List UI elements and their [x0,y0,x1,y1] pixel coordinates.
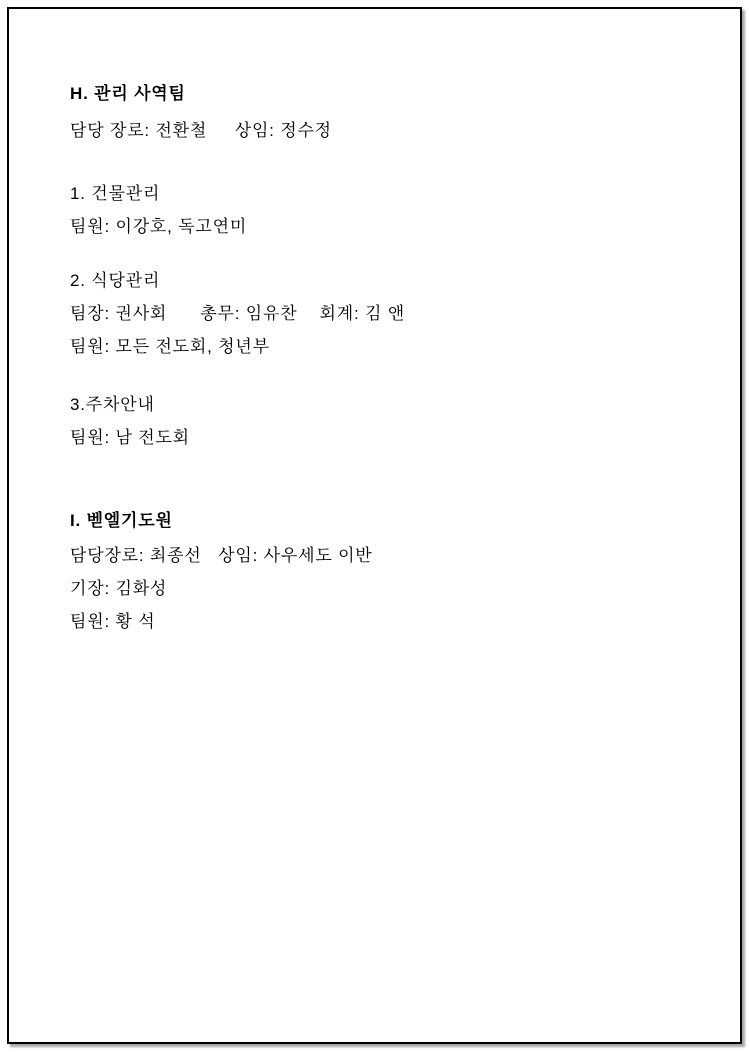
section-i-title: I. 벧엘기도원 [70,504,700,537]
section-h-title: H. 관리 사역팀 [70,77,700,110]
section-i-gijang-line: 기장: 김화성 [70,572,700,605]
document-content: H. 관리 사역팀 담당 장로: 전환철 상임: 정수정 1. 건물관리 팀원:… [9,9,740,1042]
document-page: H. 관리 사역팀 담당 장로: 전환철 상임: 정수정 1. 건물관리 팀원:… [7,7,742,1044]
team-3-members-line: 팀원: 남 전도회 [70,421,700,454]
section-i-leader-line: 담당장로: 최종선 상임: 사우세도 이반 [70,539,700,572]
team-2-members-line: 팀원: 모든 전도회, 청년부 [70,330,700,363]
section-i-members-line: 팀원: 황 석 [70,605,700,638]
team-2-officers-line: 팀장: 권사회 총무: 임유찬 회계: 김 앤 [70,297,700,330]
section-h-leader-line: 담당 장로: 전환철 상임: 정수정 [70,114,700,147]
team-2-title: 2. 식당관리 [70,264,700,297]
team-1-members-line: 팀원: 이강호, 독고연미 [70,210,700,243]
team-3-title: 3.주차안내 [70,388,700,421]
team-1-title: 1. 건물관리 [70,177,700,210]
